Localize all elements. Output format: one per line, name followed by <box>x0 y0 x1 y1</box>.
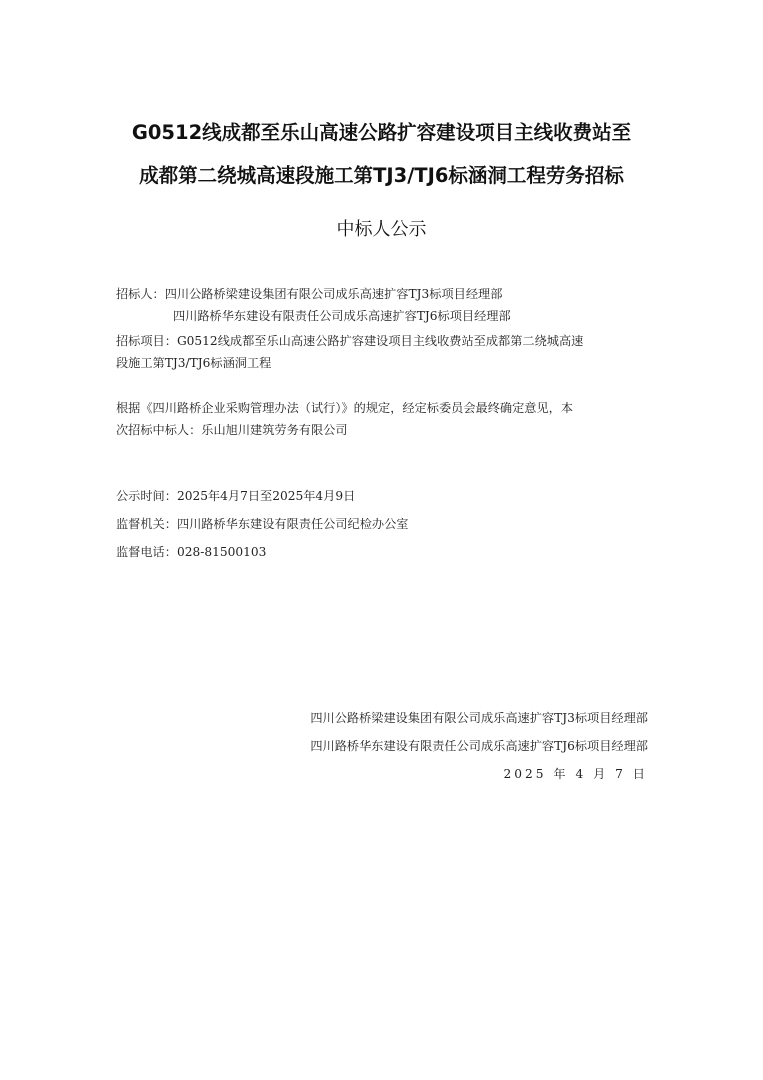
result-line-2: 次招标中标人：乐山旭川建筑劳务有限公司 <box>116 419 656 441</box>
supervisor-label: 监督机关： <box>116 517 177 531</box>
document-subtitle: 中标人公示 <box>0 215 763 241</box>
document-title-line-1: G0512线成都至乐山高速公路扩容建设项目主线收费站至 <box>0 117 763 145</box>
project-line-1: G0512线成都至乐山高速公路扩容建设项目主线收费站至成都第二绕城高速 <box>177 334 583 348</box>
signature-date: 2025 年 4 月 7 日 <box>504 763 648 785</box>
project-line-2: 段施工第TJ3/TJ6标涵洞工程 <box>116 352 656 374</box>
document-page: G0512线成都至乐山高速公路扩容建设项目主线收费站至 成都第二绕城高速段施工第… <box>0 0 763 1080</box>
result-line-1: 根据《四川路桥企业采购管理办法（试行）》的规定，经定标委员会最终确定意见，本 <box>116 397 656 419</box>
tenderer-section: 招标人：四川公路桥梁建设集团有限公司成乐高速扩容TJ3标项目经理部 四川路桥华东… <box>116 283 656 327</box>
supervisor: 监督机关：四川路桥华东建设有限责任公司纪检办公室 <box>116 513 656 535</box>
result-section: 根据《四川路桥企业采购管理办法（试行）》的规定，经定标委员会最终确定意见，本 次… <box>116 397 656 441</box>
project-label: 招标项目： <box>116 334 177 348</box>
supervisor-phone: 监督电话：028-81500103 <box>116 541 656 563</box>
publicity-period-label: 公示时间： <box>116 489 177 503</box>
tenderer-name-1: 四川公路桥梁建设集团有限公司成乐高速扩容TJ3标项目经理部 <box>165 287 503 301</box>
signature-org-2: 四川路桥华东建设有限责任公司成乐高速扩容TJ6标项目经理部 <box>310 735 648 757</box>
signature-org-1: 四川公路桥梁建设集团有限公司成乐高速扩容TJ3标项目经理部 <box>310 707 648 729</box>
document-title-line-2: 成都第二绕城高速段施工第TJ3/TJ6标涵洞工程劳务招标 <box>0 160 763 188</box>
supervisor-phone-label: 监督电话： <box>116 545 177 559</box>
supervisor-value: 四川路桥华东建设有限责任公司纪检办公室 <box>177 517 409 531</box>
tenderer-label: 招标人： <box>116 287 165 301</box>
project-section: 招标项目：G0512线成都至乐山高速公路扩容建设项目主线收费站至成都第二绕城高速… <box>116 330 656 374</box>
tenderer-name-2: 四川路桥华东建设有限责任公司成乐高速扩容TJ6标项目经理部 <box>116 305 656 327</box>
publicity-period: 公示时间：2025年4月7日至2025年4月9日 <box>116 485 656 507</box>
publicity-period-value: 2025年4月7日至2025年4月9日 <box>177 489 355 503</box>
supervisor-phone-value: 028-81500103 <box>177 545 266 559</box>
